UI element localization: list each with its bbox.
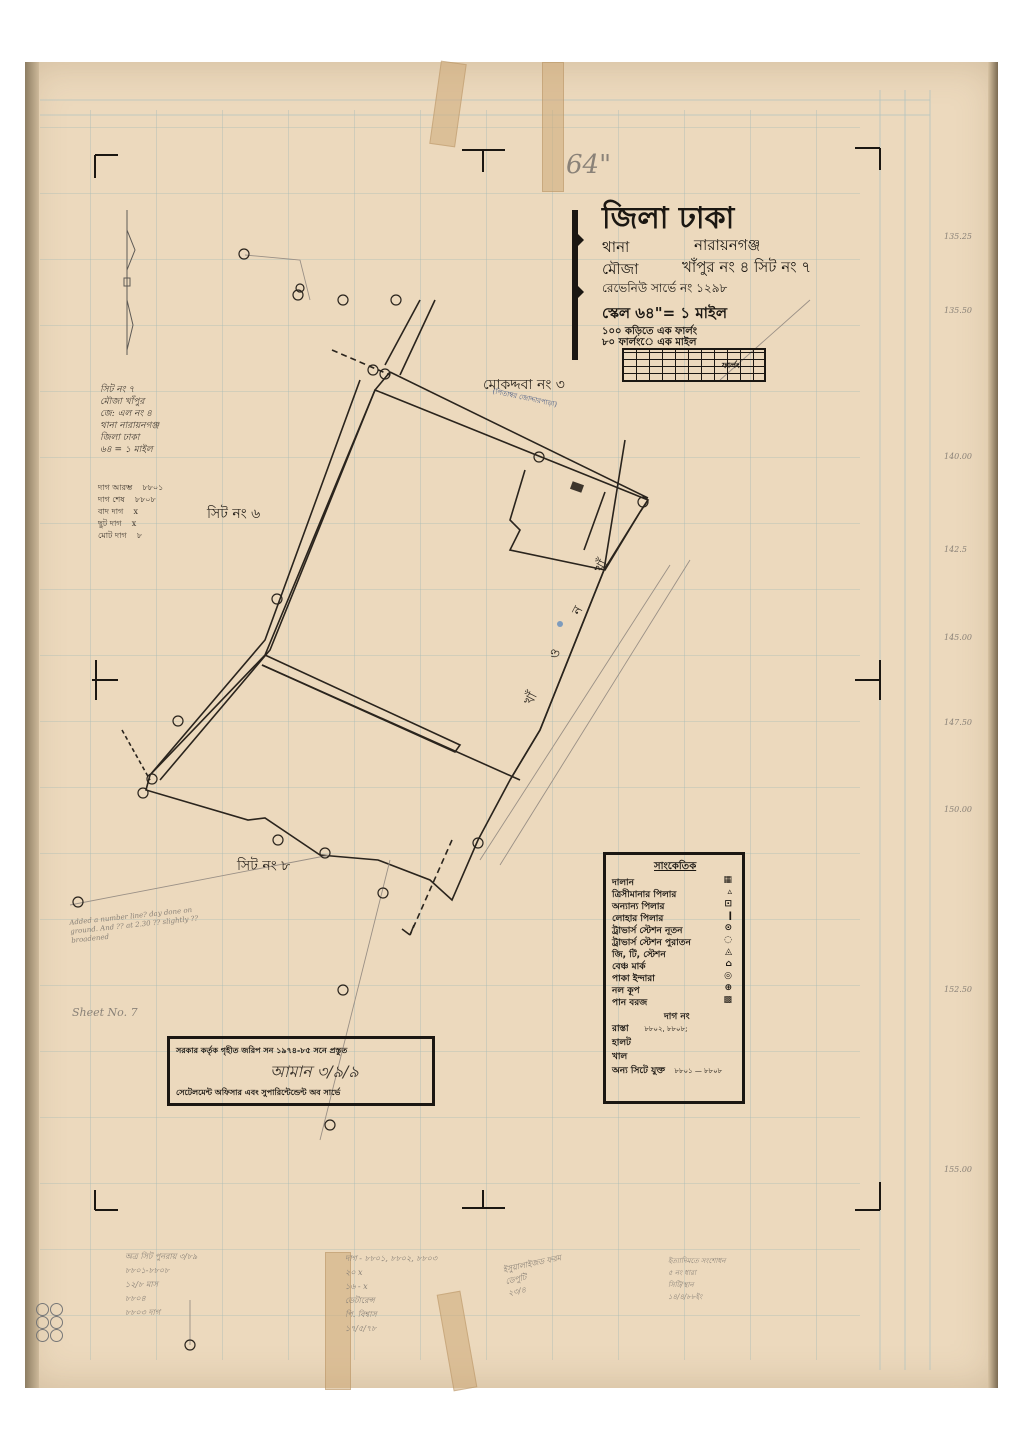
pencil-sheet-no: Sheet No. 7 — [72, 1006, 138, 1019]
sheet-size-note: 64" — [566, 150, 611, 180]
map-drawing — [25, 62, 998, 1388]
dag-row: ছুট দাগ x — [98, 518, 163, 530]
dag-row: দাগ আরম্ভ ৮৮০১ — [98, 482, 163, 494]
gt-station-icon: ◬ — [725, 947, 732, 957]
margin-value: 140.00 — [944, 452, 972, 461]
bottom-notes-left: অত্র সিট পুনরায় ৩/৮৯ ৮৮০১-৮৮০৮ ১২/৮ মাস… — [125, 1250, 197, 1320]
building-icon: ▦ — [723, 875, 732, 885]
revenue-survey-no: রেভেনিউ সার্ভে নং ১২৯৮ — [602, 280, 727, 300]
legend-title: সাংকেতিক — [654, 859, 696, 876]
bottom-notes-right: ইত্যাদিমতে সংশোধন ৫ নং ধারা সিটি/স্থান ১… — [668, 1255, 726, 1303]
betel-garden-icon: ▩ — [723, 995, 732, 1005]
binder-hole — [36, 1303, 49, 1316]
legend-extra: রাস্তা ৮৮০২, ৮৮০৮; — [612, 1021, 736, 1036]
binder-hole — [50, 1329, 63, 1342]
binder-hole — [36, 1316, 49, 1329]
dag-row: দাগ শেষ ৮৮০৮ — [98, 494, 163, 506]
map-sheet — [25, 62, 998, 1388]
signature: আমান ৩/৯/৯ — [270, 1059, 359, 1086]
binder-hole — [50, 1316, 63, 1329]
tube-well-icon: ⊕ — [724, 983, 732, 993]
legend-extra: অন্য সিটে যুক্ত ৮৮০১ — ৮৮০৮ — [612, 1063, 736, 1078]
title-ornament — [572, 210, 578, 360]
new-traverse-station-icon: ⊙ — [724, 923, 732, 933]
legend-box: সাংকেতিক দালান▦ ত্রিসীমানার পিলার▵ অন্যা… — [603, 852, 745, 1104]
margin-value: 155.00 — [944, 1165, 972, 1174]
certification-bottom-line: সেটেলমেন্ট অফিসার এবং সুপারিন্টেন্ডেন্ট … — [176, 1087, 340, 1100]
diagonal-scale-bar — [622, 348, 766, 382]
binder-hole — [50, 1303, 63, 1316]
legend-extra: হালট — [612, 1035, 736, 1050]
dag-row: মোট দাগ ৮ — [98, 530, 163, 542]
label-sheet-south: সিট নং ৮ — [237, 854, 290, 878]
bottom-notes-middle: দাগ - ৮৮০১, ৮৮০২, ৮৮০৩ ২০ x ১৬ - x ডেটার… — [345, 1252, 437, 1336]
masonry-well-icon: ◎ — [724, 971, 732, 981]
legend-item: পান বরজ▩ — [612, 995, 736, 1010]
left-sheet-info: সিট নং ৭ মৌজা খাঁপুর জে: এল নং ৪ থানা না… — [100, 384, 159, 456]
scale-bar-label: ফার্লং — [722, 360, 740, 373]
certification-top-line: সরকার কর্তৃক গৃহীত জরিপ সন ১৯৭৪-৮৫ সনে প… — [176, 1045, 347, 1058]
bench-mark-icon: ⌂ — [726, 959, 732, 969]
margin-value: 142.5 — [944, 545, 967, 554]
margin-value: 135.50 — [944, 306, 972, 315]
margin-value: 135.25 — [944, 232, 972, 241]
mouza-value: খাঁপুর নং ৪ সিট নং ৭ — [682, 256, 811, 281]
margin-value: 145.00 — [944, 633, 972, 642]
margin-value: 147.50 — [944, 718, 972, 727]
label-sheet-west: সিট নং ৬ — [207, 502, 260, 526]
margin-value: 150.00 — [944, 805, 972, 814]
tape-strip — [542, 62, 564, 192]
dag-summary-table: দাগ আরম্ভ ৮৮০১ দাগ শেষ ৮৮০৮ বাদ দাগ x ছু… — [98, 482, 163, 542]
iron-pillar-icon: ǀ — [729, 911, 732, 921]
tri-junction-pillar-icon: ▵ — [727, 887, 732, 897]
old-traverse-station-icon: ◌ — [724, 935, 732, 945]
binder-hole — [36, 1329, 49, 1342]
margin-value: 152.50 — [944, 985, 972, 994]
title-block: জিলা ঢাকা থানা নারায়নগঞ্জ মৌজা খাঁপুর ন… — [572, 192, 842, 372]
other-pillar-icon: ⊡ — [724, 899, 732, 909]
legend-extra: খাল — [612, 1049, 736, 1064]
dag-row: বাদ দাগ x — [98, 506, 163, 518]
certification-box: সরকার কর্তৃক গৃহীত জরিপ সন ১৯৭৪-৮৫ সনে প… — [167, 1036, 435, 1106]
